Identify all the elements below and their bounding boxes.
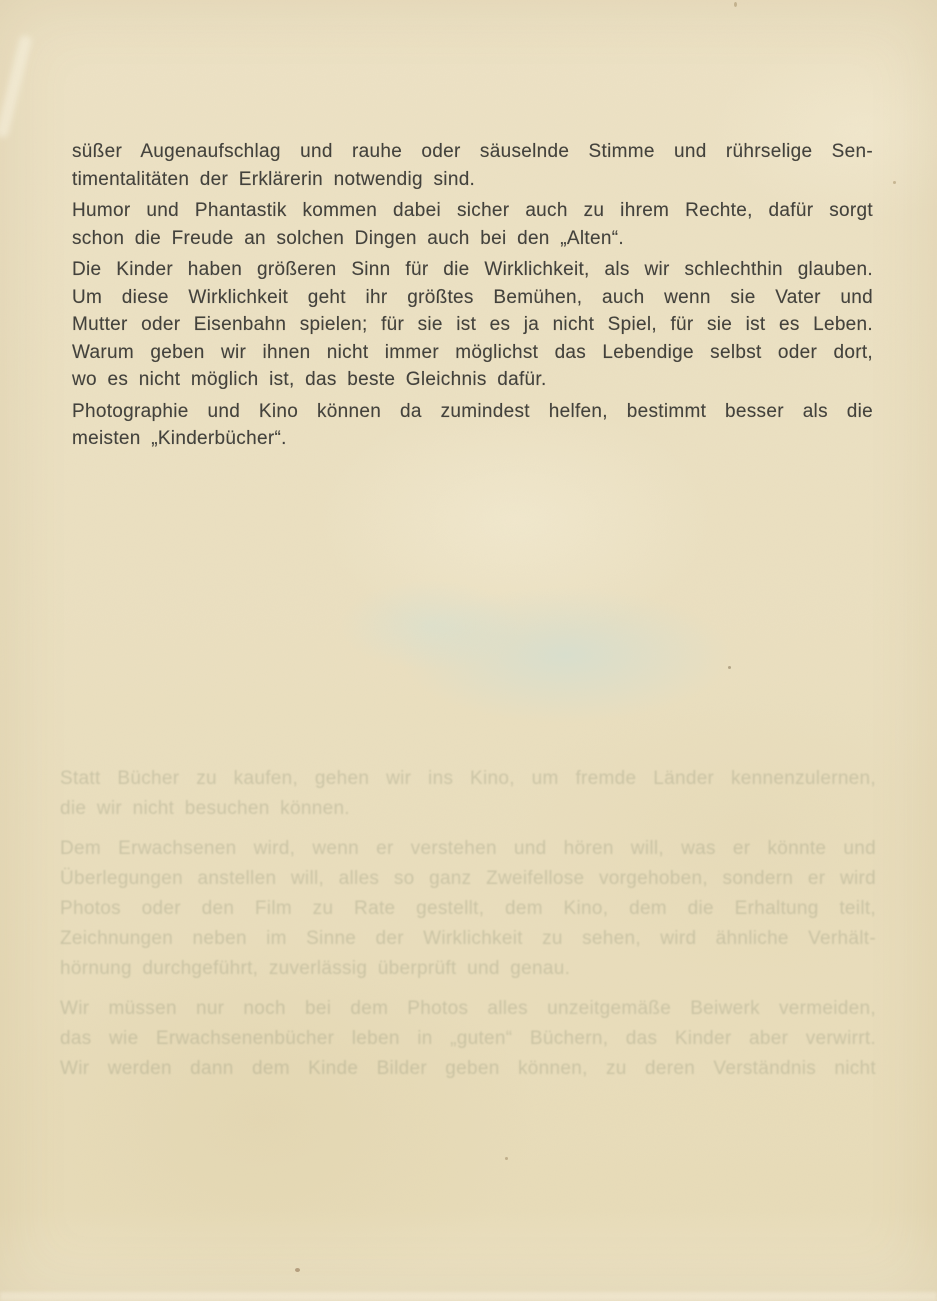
ghost-text-line: Dem Erwachsenen wird, wenn er verstehen …: [60, 834, 876, 864]
text-line: Mutter oder Eisenbahn spielen; für sie i…: [72, 311, 873, 339]
ghost-text-line: hörnung durchgeführt, zuverlässig überpr…: [60, 954, 876, 984]
paragraph: Die Kinder haben größeren Sinn für die W…: [72, 256, 873, 394]
text-line: timentalitäten der Erklärerin notwendig …: [72, 166, 873, 194]
text-line: Humor und Phantastik kommen dabei sicher…: [72, 197, 873, 225]
scanned-book-page: süßer Augenaufschlag und rauhe oder säus…: [0, 0, 937, 1301]
text-line: wo es nicht möglich ist, das beste Gleic…: [72, 366, 873, 394]
text-line: süßer Augenaufschlag und rauhe oder säus…: [72, 138, 873, 166]
ink-speck: [295, 1268, 300, 1272]
ghost-text-line: Wir müssen nur noch bei dem Photos alles…: [60, 994, 876, 1024]
text-line: meisten „Kinderbücher“.: [72, 425, 873, 453]
text-line: schon die Freude an solchen Dingen auch …: [72, 225, 873, 253]
paragraph: süßer Augenaufschlag und rauhe oder säus…: [72, 138, 873, 193]
ghost-text-line: die wir nicht besuchen können.: [60, 794, 876, 824]
ghost-text-line: Statt Bücher zu kaufen, gehen wir ins Ki…: [60, 764, 876, 794]
ink-speck: [893, 181, 896, 184]
bleedthrough-text: Statt Bücher zu kaufen, gehen wir ins Ki…: [60, 764, 876, 1084]
paragraph: Humor und Phantastik kommen dabei sicher…: [72, 197, 873, 252]
ghost-text-line: Zeichnungen neben im Sinne der Wirklichk…: [60, 924, 876, 954]
ghost-paragraph: Statt Bücher zu kaufen, gehen wir ins Ki…: [60, 764, 876, 824]
text-line: Die Kinder haben größeren Sinn für die W…: [72, 256, 873, 284]
paper-light-streak: [0, 34, 33, 139]
text-line: Photographie und Kino können da zumindes…: [72, 398, 873, 426]
ink-speck: [505, 1157, 508, 1160]
text-line: Warum geben wir ihnen nicht immer möglic…: [72, 339, 873, 367]
ghost-paragraph: Dem Erwachsenen wird, wenn er verstehen …: [60, 834, 876, 984]
ghost-paragraph: Wir müssen nur noch bei dem Photos alles…: [60, 994, 876, 1084]
ghost-text-line: das wie Erwachsenenbücher leben in „gute…: [60, 1024, 876, 1054]
ghost-text-line: Überlegungen anstellen will, alles so ga…: [60, 864, 876, 894]
ink-speck: [734, 2, 737, 7]
text-line: Um diese Wirklichkeit geht ihr größtes B…: [72, 284, 873, 312]
body-text: süßer Augenaufschlag und rauhe oder säus…: [72, 138, 873, 453]
ink-speck: [728, 666, 731, 669]
ghost-text-line: Photos oder den Film zu Rate gestellt, d…: [60, 894, 876, 924]
ghost-text-line: Wir werden dann dem Kinde Bilder geben k…: [60, 1054, 876, 1084]
page-bottom-edge: [0, 1292, 937, 1301]
paragraph: Photographie und Kino können da zumindes…: [72, 398, 873, 453]
